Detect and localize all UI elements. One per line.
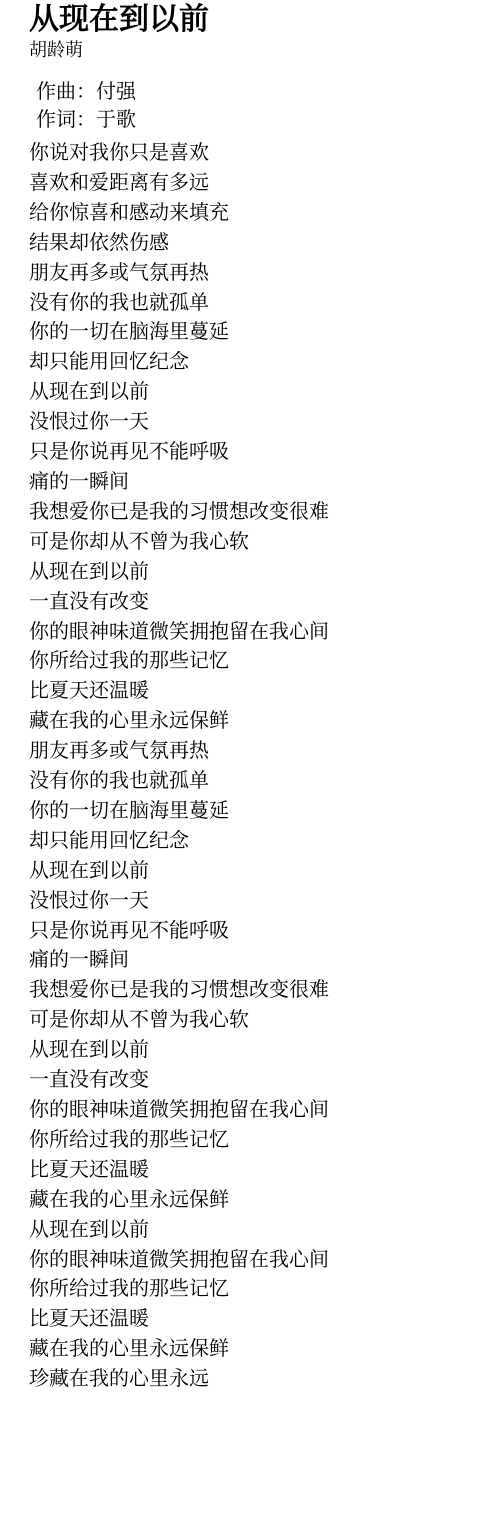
lyric-line: 一直没有改变 <box>29 588 490 618</box>
lyric-line: 比夏天还温暖 <box>29 1305 490 1335</box>
lyric-line: 给你惊喜和感动来填充 <box>29 199 490 229</box>
lyric-line: 只是你说再见不能呼吸 <box>29 438 490 468</box>
lyric-line: 喜欢和爱距离有多远 <box>29 169 490 199</box>
lyric-line: 痛的一瞬间 <box>29 468 490 498</box>
lyric-line: 没恨过你一天 <box>29 408 490 438</box>
lyric-line: 痛的一瞬间 <box>29 946 490 976</box>
lyric-line: 可是你却从不曾为我心软 <box>29 528 490 558</box>
lyric-line: 一直没有改变 <box>29 1066 490 1096</box>
lyric-line: 没有你的我也就孤单 <box>29 767 490 797</box>
song-title: 从现在到以前 <box>29 2 490 38</box>
lyric-line: 你的眼神味道微笑拥抱留在我心间 <box>29 618 490 648</box>
lyric-line: 珍藏在我的心里永远 <box>29 1365 490 1395</box>
lyric-line: 你的一切在脑海里蔓延 <box>29 318 490 348</box>
artist-name: 胡龄萌 <box>29 38 490 62</box>
lyric-line: 藏在我的心里永远保鲜 <box>29 707 490 737</box>
lyric-line: 你的眼神味道微笑拥抱留在我心间 <box>29 1246 490 1276</box>
lyric-line: 没有你的我也就孤单 <box>29 289 490 319</box>
lyric-line: 你所给过我的那些记忆 <box>29 647 490 677</box>
lyrics-page: 从现在到以前 胡龄萌 作曲：付强 作词：于歌 你说对我你只是喜欢喜欢和爱距离有多… <box>0 0 500 1395</box>
lyrics-body: 你说对我你只是喜欢喜欢和爱距离有多远给你惊喜和感动来填充结果却依然伤感朋友再多或… <box>29 139 490 1395</box>
lyrics-page-body: { "page": { "title": "从现在到以前", "artist":… <box>0 0 500 1540</box>
lyric-line: 从现在到以前 <box>29 558 490 588</box>
lyric-line: 我想爱你已是我的习惯想改变很难 <box>29 976 490 1006</box>
lyric-line: 可是你却从不曾为我心软 <box>29 1006 490 1036</box>
composer-credit: 作曲：付强 <box>36 78 490 106</box>
lyric-line: 朋友再多或气氛再热 <box>29 259 490 289</box>
lyric-line: 你所给过我的那些记忆 <box>29 1275 490 1305</box>
lyric-line: 没恨过你一天 <box>29 887 490 917</box>
lyric-line: 只是你说再见不能呼吸 <box>29 917 490 947</box>
lyric-line: 从现在到以前 <box>29 1036 490 1066</box>
lyric-line: 从现在到以前 <box>29 857 490 887</box>
lyric-line: 你所给过我的那些记忆 <box>29 1126 490 1156</box>
lyric-line: 你的眼神味道微笑拥抱留在我心间 <box>29 1096 490 1126</box>
lyric-line: 从现在到以前 <box>29 1216 490 1246</box>
credits-block: 作曲：付强 作词：于歌 <box>29 78 490 134</box>
lyric-line: 却只能用回忆纪念 <box>29 827 490 857</box>
lyric-line: 比夏天还温暖 <box>29 1156 490 1186</box>
lyric-line: 朋友再多或气氛再热 <box>29 737 490 767</box>
lyric-line: 藏在我的心里永远保鲜 <box>29 1335 490 1365</box>
lyric-line: 比夏天还温暖 <box>29 677 490 707</box>
lyricist-credit: 作词：于歌 <box>36 106 490 134</box>
lyric-line: 藏在我的心里永远保鲜 <box>29 1186 490 1216</box>
lyric-line: 我想爱你已是我的习惯想改变很难 <box>29 498 490 528</box>
lyric-line: 结果却依然伤感 <box>29 229 490 259</box>
lyric-line: 却只能用回忆纪念 <box>29 348 490 378</box>
lyric-line: 你说对我你只是喜欢 <box>29 139 490 169</box>
lyric-line: 从现在到以前 <box>29 378 490 408</box>
lyric-line: 你的一切在脑海里蔓延 <box>29 797 490 827</box>
